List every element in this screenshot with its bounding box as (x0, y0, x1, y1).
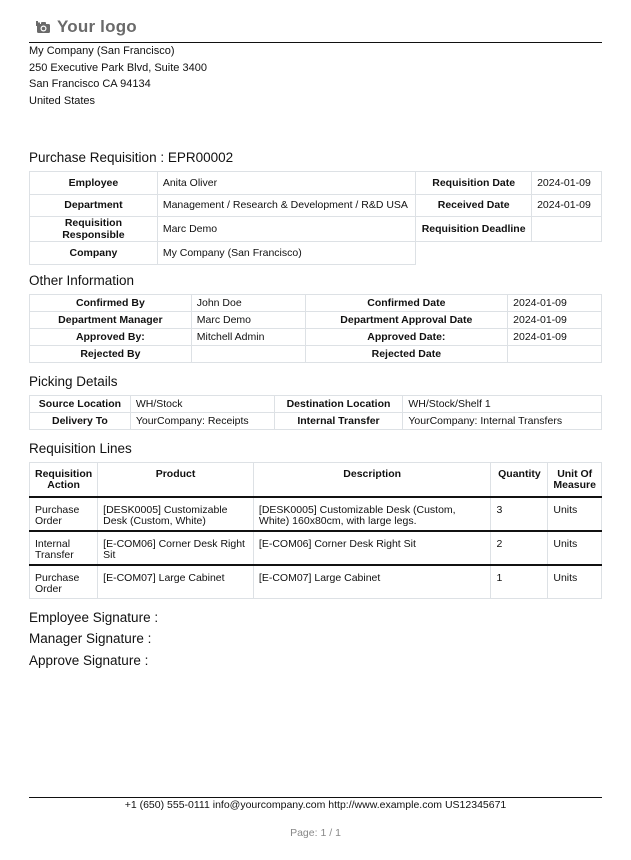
empty-cell (416, 242, 602, 265)
field-label: Department (30, 194, 158, 217)
field-value: Marc Demo (157, 217, 415, 242)
field-label: Approved Date: (305, 329, 508, 346)
field-value: WH/Stock (130, 396, 274, 413)
field-label: Internal Transfer (274, 413, 403, 430)
field-value: WH/Stock/Shelf 1 (403, 396, 602, 413)
field-label: Department Manager (30, 312, 192, 329)
field-value: YourCompany: Internal Transfers (403, 413, 602, 430)
company-address: My Company (San Francisco) 250 Executive… (29, 43, 207, 109)
table-row: Purchase Order [E-COM07] Large Cabinet [… (30, 565, 602, 599)
other-information-title: Other Information (29, 273, 134, 288)
line-uom: Units (548, 497, 602, 531)
field-label: Approved By: (30, 329, 192, 346)
field-label: Requisition Date (416, 172, 532, 195)
field-label: Delivery To (30, 413, 131, 430)
approve-signature-label: Approve Signature : (29, 653, 148, 668)
table-row: Requisition Responsible Marc Demo Requis… (30, 217, 602, 242)
footer-divider (29, 797, 602, 798)
line-description: [E-COM06] Corner Desk Right Sit (253, 531, 491, 565)
line-quantity: 1 (491, 565, 548, 599)
field-label: Received Date (416, 194, 532, 217)
page-current: 1 (320, 827, 326, 839)
employee-signature-label: Employee Signature : (29, 610, 158, 625)
field-value (508, 346, 602, 363)
field-label: Source Location (30, 396, 131, 413)
field-label: Requisition Deadline (416, 217, 532, 242)
field-value: YourCompany: Receipts (130, 413, 274, 430)
table-row: Purchase Order [DESK0005] Customizable D… (30, 497, 602, 531)
field-value (532, 217, 602, 242)
column-header: Quantity (491, 463, 548, 497)
line-product: [E-COM06] Corner Desk Right Sit (98, 531, 254, 565)
line-quantity: 3 (491, 497, 548, 531)
field-value: My Company (San Francisco) (157, 242, 415, 265)
table-row: Confirmed By John Doe Confirmed Date 202… (30, 295, 602, 312)
address-line: San Francisco CA 94134 (29, 76, 207, 93)
table-row: Delivery To YourCompany: Receipts Intern… (30, 413, 602, 430)
column-header: Requisition Action (30, 463, 98, 497)
table-row: Department Manager Marc Demo Department … (30, 312, 602, 329)
field-value: Mitchell Admin (191, 329, 305, 346)
line-uom: Units (548, 531, 602, 565)
table-row: Approved By: Mitchell Admin Approved Dat… (30, 329, 602, 346)
line-uom: Units (548, 565, 602, 599)
field-label: Confirmed Date (305, 295, 508, 312)
field-value: 2024-01-09 (508, 295, 602, 312)
field-value: John Doe (191, 295, 305, 312)
requisition-lines-table: Requisition Action Product Description Q… (29, 462, 602, 599)
field-label: Rejected By (30, 346, 192, 363)
field-label: Department Approval Date (305, 312, 508, 329)
line-action: Purchase Order (30, 497, 98, 531)
line-quantity: 2 (491, 531, 548, 565)
field-label: Destination Location (274, 396, 403, 413)
line-action: Internal Transfer (30, 531, 98, 565)
column-header: Unit Of Measure (548, 463, 602, 497)
page-number: Page: 1 / 1 (0, 827, 631, 839)
requisition-title: Purchase Requisition : EPR00002 (29, 150, 233, 165)
field-label: Rejected Date (305, 346, 508, 363)
field-value: Marc Demo (191, 312, 305, 329)
field-value: 2024-01-09 (532, 172, 602, 195)
line-description: [E-COM07] Large Cabinet (253, 565, 491, 599)
table-row: Employee Anita Oliver Requisition Date 2… (30, 172, 602, 195)
requisition-lines-title: Requisition Lines (29, 441, 132, 456)
table-row: Department Management / Research & Devel… (30, 194, 602, 217)
field-label: Employee (30, 172, 158, 195)
address-line: My Company (San Francisco) (29, 43, 207, 60)
table-row: Company My Company (San Francisco) (30, 242, 602, 265)
column-header: Description (253, 463, 491, 497)
line-action: Purchase Order (30, 565, 98, 599)
column-header: Product (98, 463, 254, 497)
address-line: 250 Executive Park Blvd, Suite 3400 (29, 60, 207, 77)
field-value: 2024-01-09 (508, 312, 602, 329)
page-label: Page: (290, 827, 317, 839)
footer-contact: +1 (650) 555-0111 info@yourcompany.com h… (0, 799, 631, 811)
field-value: Anita Oliver (157, 172, 415, 195)
picking-details-table: Source Location WH/Stock Destination Loc… (29, 395, 602, 430)
table-row: Source Location WH/Stock Destination Loc… (30, 396, 602, 413)
company-logo: Your logo (36, 14, 137, 40)
address-line: United States (29, 93, 207, 110)
field-label: Confirmed By (30, 295, 192, 312)
table-row: Rejected By Rejected Date (30, 346, 602, 363)
other-information-table: Confirmed By John Doe Confirmed Date 202… (29, 294, 602, 363)
manager-signature-label: Manager Signature : (29, 631, 151, 646)
field-value (191, 346, 305, 363)
line-product: [E-COM07] Large Cabinet (98, 565, 254, 599)
logo-text: Your logo (57, 17, 137, 37)
line-product: [DESK0005] Customizable Desk (Custom, Wh… (98, 497, 254, 531)
line-description: [DESK0005] Customizable Desk (Custom, Wh… (253, 497, 491, 531)
field-label: Requisition Responsible (30, 217, 158, 242)
camera-icon (36, 21, 51, 34)
page-total: 1 (335, 827, 341, 839)
table-header-row: Requisition Action Product Description Q… (30, 463, 602, 497)
table-row: Internal Transfer [E-COM06] Corner Desk … (30, 531, 602, 565)
field-label: Company (30, 242, 158, 265)
field-value: 2024-01-09 (508, 329, 602, 346)
field-value: Management / Research & Development / R&… (157, 194, 415, 217)
requisition-info-table: Employee Anita Oliver Requisition Date 2… (29, 171, 602, 265)
picking-details-title: Picking Details (29, 374, 118, 389)
field-value: 2024-01-09 (532, 194, 602, 217)
